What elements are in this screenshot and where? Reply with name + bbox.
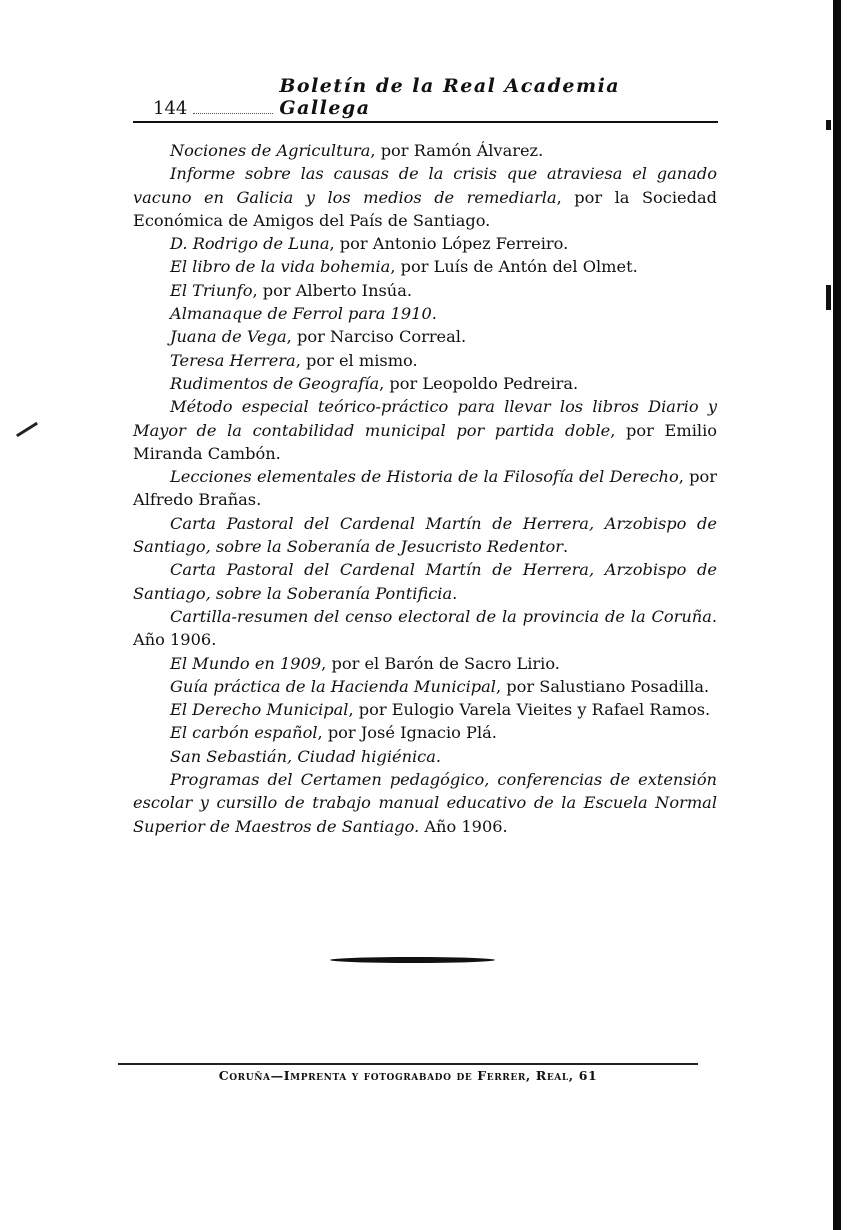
entry-title: Teresa Herrera	[170, 351, 296, 370]
entry-author: .	[432, 304, 437, 323]
list-item: Cartilla-resumen del censo electoral de …	[133, 605, 717, 652]
list-item: Nociones de Agricultura, por Ramón Álvar…	[133, 139, 717, 162]
list-item: Carta Pastoral del Cardenal Martín de He…	[133, 512, 717, 559]
list-item: Almanaque de Ferrol para 1910.	[133, 302, 717, 325]
entry-title: Nociones de Agricultura	[170, 141, 370, 160]
entry-author: Año 1906.	[419, 817, 508, 836]
list-item: Teresa Herrera, por el mismo.	[133, 349, 717, 372]
entry-author: , por Luís de Antón del Olmet.	[390, 257, 637, 276]
entry-title: El libro de la vida bohemia	[170, 257, 390, 276]
entry-author: .	[452, 584, 457, 603]
list-item: Juana de Vega, por Narciso Correal.	[133, 325, 717, 348]
page-number: 144	[153, 98, 187, 119]
printer-imprint: Coruña—Imprenta y fotograbado de Ferrer,…	[118, 1068, 698, 1083]
list-item: D. Rodrigo de Luna, por Antonio López Fe…	[133, 232, 717, 255]
entry-author: , por el Barón de Sacro Lirio.	[321, 654, 560, 673]
entry-title: Lecciones elementales de Historia de la …	[170, 467, 679, 486]
list-item: El Triunfo, por Alberto Insúa.	[133, 279, 717, 302]
running-header: 144 Boletín de la Real Academia Gallega	[133, 93, 718, 119]
entry-author: , por el mismo.	[296, 351, 418, 370]
entry-author: , por Alberto Insúa.	[252, 281, 412, 300]
entry-title: San Sebastián, Ciudad higiénica.	[170, 747, 441, 766]
entry-title: El carbón español	[170, 723, 318, 742]
list-item: Lecciones elementales de Historia de la …	[133, 465, 717, 512]
entry-title: D. Rodrigo de Luna	[170, 234, 330, 253]
document-page: 144 Boletín de la Real Academia Gallega …	[0, 0, 850, 1230]
list-item: El Mundo en 1909, por el Barón de Sacro …	[133, 652, 717, 675]
list-item: San Sebastián, Ciudad higiénica.	[133, 745, 717, 768]
header-rule	[133, 121, 718, 123]
section-ornament-rule	[330, 957, 495, 963]
entry-title: El Derecho Municipal	[170, 700, 348, 719]
entry-author: , por Narciso Correal.	[287, 327, 466, 346]
entry-author: , por Leopoldo Pedreira.	[379, 374, 578, 393]
list-item: Método especial teórico-práctico para ll…	[133, 395, 717, 465]
entry-title: Carta Pastoral del Cardenal Martín de He…	[133, 560, 717, 602]
entry-author: , por José Ignacio Plá.	[318, 723, 497, 742]
entry-author: , por Antonio López Ferreiro.	[330, 234, 569, 253]
entry-title: Cartilla-resumen del censo electoral de …	[170, 607, 717, 626]
entry-title: El Mundo en 1909	[170, 654, 321, 673]
list-item: Guía práctica de la Hacienda Municipal, …	[133, 675, 717, 698]
entry-author: , por Eulogio Varela Vieites y Rafael Ra…	[348, 700, 710, 719]
list-item: Carta Pastoral del Cardenal Martín de He…	[133, 558, 717, 605]
bibliography-list: Nociones de Agricultura, por Ramón Álvar…	[133, 139, 717, 838]
entry-title: El Triunfo	[170, 281, 252, 300]
entry-author: , por Ramón Álvarez.	[370, 141, 543, 160]
page-spine-edge	[833, 0, 841, 1230]
entry-author: Año 1906.	[133, 630, 216, 649]
entry-author: , por Salustiano Posadilla.	[496, 677, 709, 696]
footer-rule	[118, 1063, 698, 1065]
list-item: Rudimentos de Geografía, por Leopoldo Pe…	[133, 372, 717, 395]
spine-fragment	[826, 120, 831, 130]
list-item: El carbón español, por José Ignacio Plá.	[133, 721, 717, 744]
list-item: Informe sobre las causas de la crisis qu…	[133, 162, 717, 232]
list-item: El libro de la vida bohemia, por Luís de…	[133, 255, 717, 278]
entry-title: Juana de Vega	[170, 327, 287, 346]
entry-title: Almanaque de Ferrol para 1910	[170, 304, 432, 323]
entry-title: Rudimentos de Geografía	[170, 374, 379, 393]
spine-fragment	[826, 285, 831, 310]
journal-title: Boletín de la Real Academia Gallega	[279, 75, 718, 119]
list-item: El Derecho Municipal, por Eulogio Varela…	[133, 698, 717, 721]
stray-ink-mark	[16, 422, 38, 437]
header-leader-dots	[193, 113, 273, 114]
entry-author: .	[563, 537, 568, 556]
list-item: Programas del Certamen pedagógico, confe…	[133, 768, 717, 838]
entry-title: Guía práctica de la Hacienda Municipal	[170, 677, 496, 696]
entry-title: Carta Pastoral del Cardenal Martín de He…	[133, 514, 717, 556]
